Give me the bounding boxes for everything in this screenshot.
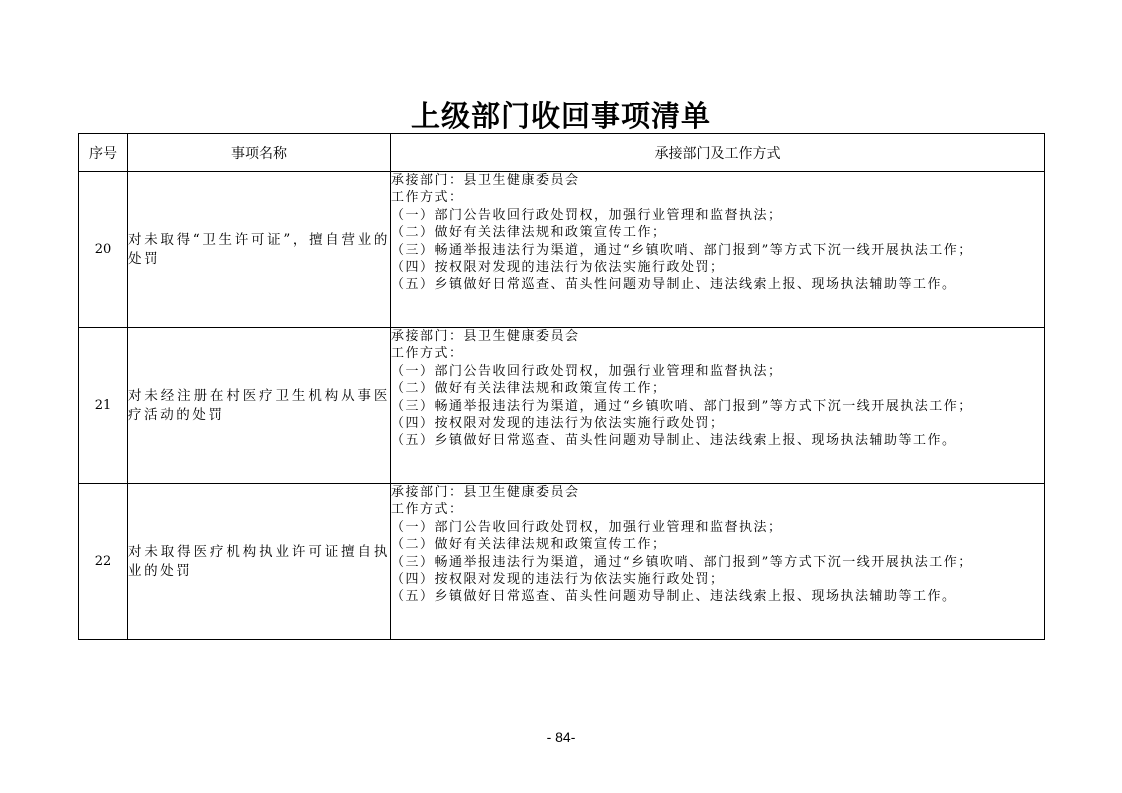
table-header-row: 序号 事项名称 承接部门及工作方式 bbox=[79, 134, 1045, 172]
work-method-label: 工作方式： bbox=[391, 345, 1044, 362]
work-method-item: （五）乡镇做好日常巡查、苗头性问题劝导制止、违法线索上报、现场执法辅助等工作。 bbox=[391, 432, 1044, 449]
row-item-name: 对未取得医疗机构执业许可证擅自执业的处罚 bbox=[128, 484, 391, 640]
work-method-label: 工作方式： bbox=[391, 501, 1044, 518]
work-method-item: （三）畅通举报违法行为渠道，通过“乡镇吹哨、部门报到”等方式下沉一线开展执法工作… bbox=[391, 398, 1044, 415]
row-no: 21 bbox=[79, 328, 128, 484]
work-method-item: （四）按权限对发现的违法行为依法实施行政处罚； bbox=[391, 571, 1044, 588]
undertaking-dept: 承接部门：县卫生健康委员会 bbox=[391, 484, 1044, 501]
work-method-item: （二）做好有关法律法规和政策宣传工作； bbox=[391, 224, 1044, 241]
work-method-item: （三）畅通举报违法行为渠道，通过“乡镇吹哨、部门报到”等方式下沉一线开展执法工作… bbox=[391, 554, 1044, 571]
header-no: 序号 bbox=[79, 134, 128, 172]
work-method-item: （一）部门公告收回行政处罚权，加强行业管理和监督执法； bbox=[391, 519, 1044, 536]
row-item-name: 对未经注册在村医疗卫生机构从事医疗活动的处罚 bbox=[128, 328, 391, 484]
work-method-item: （四）按权限对发现的违法行为依法实施行政处罚； bbox=[391, 415, 1044, 432]
work-method-item: （一）部门公告收回行政处罚权，加强行业管理和监督执法； bbox=[391, 207, 1044, 224]
work-method-item: （四）按权限对发现的违法行为依法实施行政处罚； bbox=[391, 259, 1044, 276]
row-detail: 承接部门：县卫生健康委员会 工作方式： （一）部门公告收回行政处罚权，加强行业管… bbox=[391, 328, 1045, 484]
work-method-label: 工作方式： bbox=[391, 189, 1044, 206]
row-detail: 承接部门：县卫生健康委员会 工作方式： （一）部门公告收回行政处罚权，加强行业管… bbox=[391, 172, 1045, 328]
table-row: 22 对未取得医疗机构执业许可证擅自执业的处罚 承接部门：县卫生健康委员会 工作… bbox=[79, 484, 1045, 640]
work-method-item: （二）做好有关法律法规和政策宣传工作； bbox=[391, 536, 1044, 553]
undertaking-dept: 承接部门：县卫生健康委员会 bbox=[391, 172, 1044, 189]
row-detail: 承接部门：县卫生健康委员会 工作方式： （一）部门公告收回行政处罚权，加强行业管… bbox=[391, 484, 1045, 640]
document-title: 上级部门收回事项清单 bbox=[0, 94, 1122, 135]
reclaimed-items-table: 序号 事项名称 承接部门及工作方式 20 对未取得“卫生许可证”，擅自营业的处罚… bbox=[78, 133, 1045, 640]
row-no: 22 bbox=[79, 484, 128, 640]
row-no: 20 bbox=[79, 172, 128, 328]
work-method-item: （五）乡镇做好日常巡查、苗头性问题劝导制止、违法线索上报、现场执法辅助等工作。 bbox=[391, 276, 1044, 293]
table-row: 21 对未经注册在村医疗卫生机构从事医疗活动的处罚 承接部门：县卫生健康委员会 … bbox=[79, 328, 1045, 484]
table-row: 20 对未取得“卫生许可证”，擅自营业的处罚 承接部门：县卫生健康委员会 工作方… bbox=[79, 172, 1045, 328]
row-item-name: 对未取得“卫生许可证”，擅自营业的处罚 bbox=[128, 172, 391, 328]
page-number: - 84- bbox=[0, 729, 1122, 745]
header-detail: 承接部门及工作方式 bbox=[391, 134, 1045, 172]
header-name: 事项名称 bbox=[128, 134, 391, 172]
undertaking-dept: 承接部门：县卫生健康委员会 bbox=[391, 328, 1044, 345]
work-method-item: （五）乡镇做好日常巡查、苗头性问题劝导制止、违法线索上报、现场执法辅助等工作。 bbox=[391, 588, 1044, 605]
work-method-item: （二）做好有关法律法规和政策宣传工作； bbox=[391, 380, 1044, 397]
work-method-item: （一）部门公告收回行政处罚权，加强行业管理和监督执法； bbox=[391, 363, 1044, 380]
work-method-item: （三）畅通举报违法行为渠道，通过“乡镇吹哨、部门报到”等方式下沉一线开展执法工作… bbox=[391, 242, 1044, 259]
